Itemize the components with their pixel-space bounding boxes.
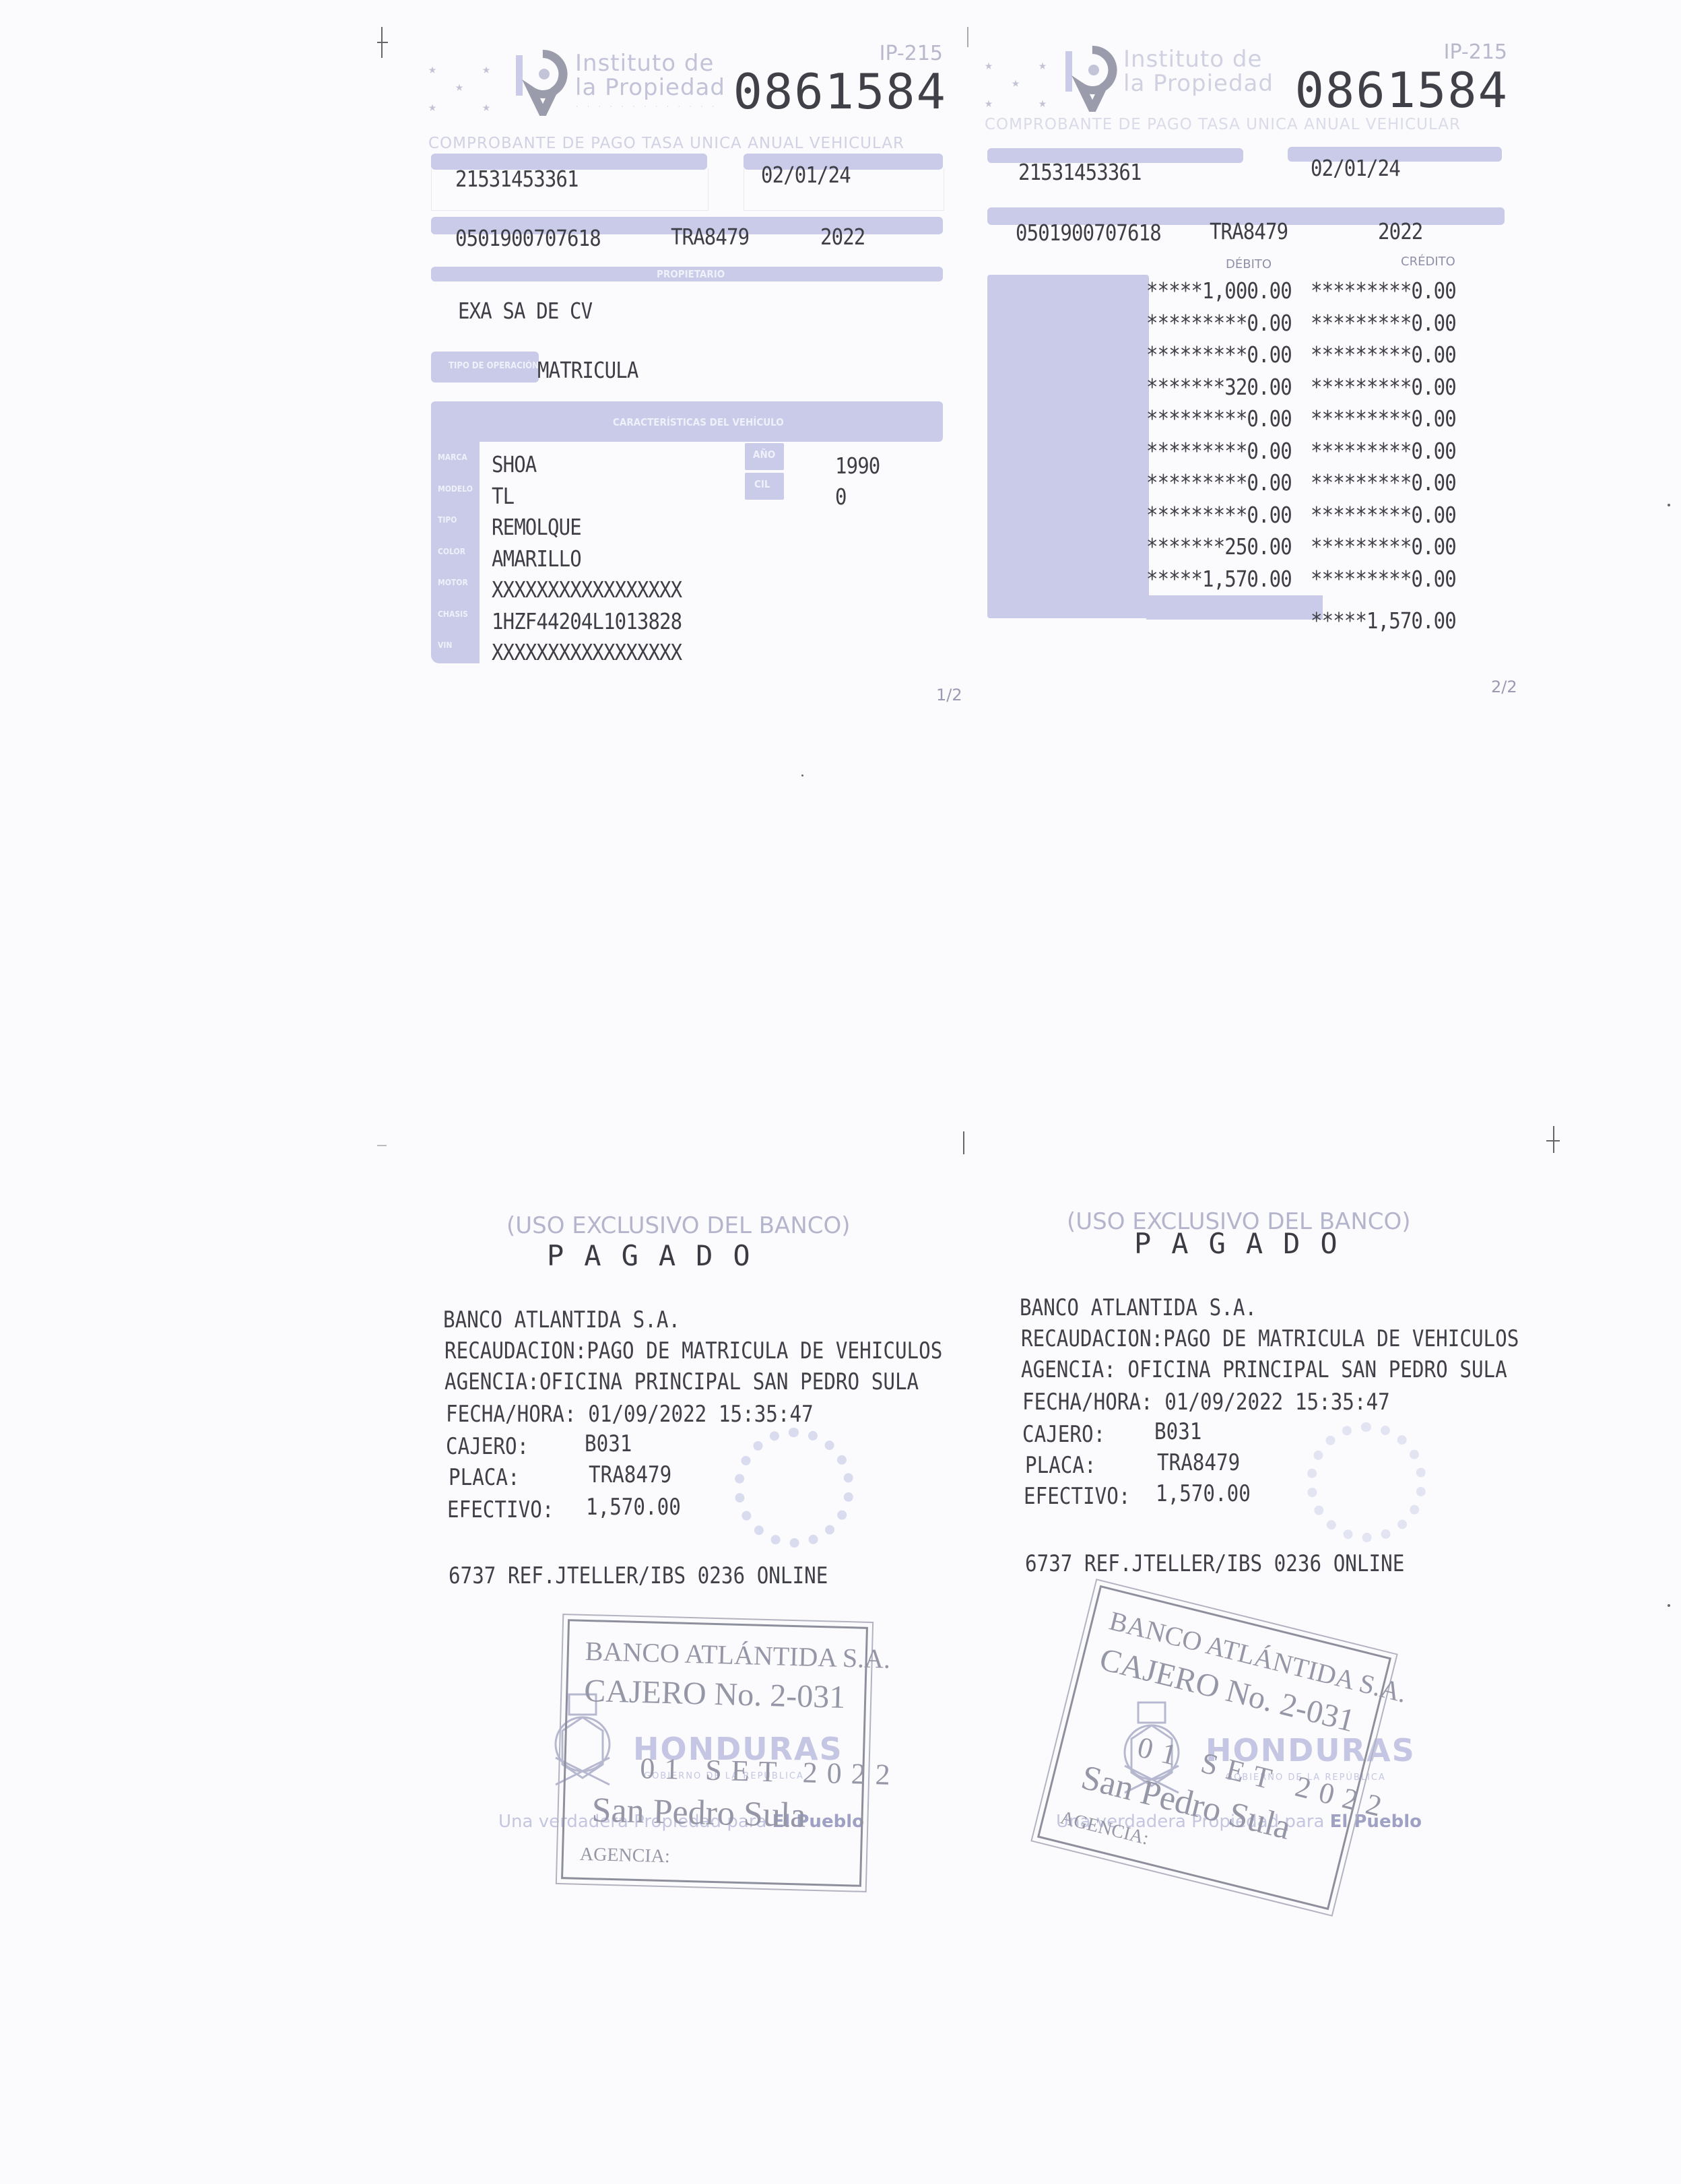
owner-name: EXA SA DE CV xyxy=(458,298,592,324)
folio-number: 0861584 xyxy=(733,63,947,120)
institute-logo-icon xyxy=(1065,44,1119,112)
recaudacion: RECAUDACION:PAGO DE MATRICULA DE VEHICUL… xyxy=(1021,1325,1519,1352)
vehicle-label-modelo: MODELO xyxy=(438,484,473,494)
ledger-credit: *********0.00 xyxy=(1311,502,1456,528)
recaudacion: RECAUDACION:PAGO DE MATRICULA DE VEHICUL… xyxy=(444,1337,942,1364)
ledger-debit: *********0.00 xyxy=(1146,502,1292,528)
cil-label-bar: CIL xyxy=(745,473,784,500)
ledger-credit: *********0.00 xyxy=(1311,469,1456,496)
paid-status: PAGADO xyxy=(547,1239,770,1272)
cajero-value: B031 xyxy=(585,1430,632,1457)
operation-label: TIPO DE OPERACIÓN xyxy=(449,361,539,371)
placa-label: PLACA: xyxy=(449,1464,520,1491)
vehicle-value-vin: XXXXXXXXXXXXXXXXX xyxy=(492,639,682,665)
ledger-credit: *********0.00 xyxy=(1311,341,1456,368)
plate: TRA8479 xyxy=(1210,218,1288,244)
crop-mark xyxy=(1546,1140,1560,1141)
vehicle-value-marca: SHOA xyxy=(492,451,536,477)
ledger-debit: *****1,570.00 xyxy=(1146,566,1292,592)
speck xyxy=(1668,1604,1670,1607)
ledger-credit: *********0.00 xyxy=(1311,533,1456,560)
reference: 6737 REF.JTELLER/IBS 0236 ONLINE xyxy=(449,1562,828,1589)
ledger-credit: *********0.00 xyxy=(1311,438,1456,464)
form-code: IP-215 xyxy=(1444,40,1507,64)
cil-label: CIL xyxy=(754,478,770,490)
vehicle-year: 1990 xyxy=(835,453,880,479)
efectivo-label: EFECTIVO: xyxy=(1024,1483,1130,1510)
form-code: IP-215 xyxy=(880,42,943,65)
ledger-label-column xyxy=(987,275,1149,618)
ledger-credit: *********0.00 xyxy=(1311,566,1456,592)
fecha-hora: FECHA/HORA: 01/09/2022 15:35:47 xyxy=(446,1401,814,1428)
crop-mark xyxy=(963,1131,964,1154)
vehicle-label-color: COLOR xyxy=(438,547,465,556)
agencia: AGENCIA: OFICINA PRINCIPAL SAN PEDRO SUL… xyxy=(1021,1356,1507,1383)
teller-stamp: BANCO ATLÁNTIDA S.A. CAJERO No. 2-031 01… xyxy=(1037,1585,1391,1910)
owner-id: 0501900707618 xyxy=(1016,220,1161,246)
flag-stars-icon: ★★★ ★★ xyxy=(985,57,1059,117)
bank-validation-2: (USO EXCLUSIVO DEL BANCO) PAGADO BANCO A… xyxy=(1010,1200,1549,1941)
vehicle-value-color: AMARILLO xyxy=(492,545,581,572)
ledger-debit: *******320.00 xyxy=(1146,374,1292,400)
paid-status: PAGADO xyxy=(1134,1227,1358,1260)
cajero-label: CAJERO: xyxy=(446,1433,529,1460)
cajero-value: B031 xyxy=(1154,1418,1201,1445)
crop-mark xyxy=(967,27,968,47)
crop-mark xyxy=(377,42,388,43)
page-number: 2/2 xyxy=(1491,677,1517,696)
year-label: AÑO xyxy=(753,449,775,461)
vehicle-value-motor: XXXXXXXXXXXXXXXXX xyxy=(492,576,682,603)
institute-subtitle: · · · · · · · · · · · · · xyxy=(575,104,717,110)
bank-use-only: (USO EXCLUSIVO DEL BANCO) xyxy=(506,1212,851,1239)
placa-label: PLACA: xyxy=(1025,1452,1096,1479)
vehicle-value-tipo: REMOLQUE xyxy=(492,514,581,540)
teller-stamp: BANCO ATLÁNTIDA S.A. CAJERO No. 2-031 01… xyxy=(561,1619,868,1887)
vehicle-label-marca: MARCA xyxy=(438,453,467,462)
owner-bar: PROPIETARIO xyxy=(431,267,943,282)
year-label-bar: AÑO xyxy=(745,443,784,470)
bank-name: BANCO ATLANTIDA S.A. xyxy=(443,1306,680,1333)
crop-mark xyxy=(1553,1126,1554,1153)
watermark-ring xyxy=(1307,1422,1426,1542)
placa-value: TRA8479 xyxy=(589,1461,671,1488)
ledger-total: *****1,570.00 xyxy=(1311,607,1456,634)
receipt-date: 02/01/24 xyxy=(761,162,851,188)
receipt-page-1: ★★★ ★★ Instituto de la Propiedad · · · ·… xyxy=(428,34,947,680)
form-title: COMPROBANTE DE PAGO TASA UNICA ANUAL VEH… xyxy=(428,135,947,152)
debit-header: DÉBITO xyxy=(1226,257,1272,271)
ledger-debit: *******250.00 xyxy=(1146,533,1292,560)
cajero-label: CAJERO: xyxy=(1022,1421,1105,1448)
receipt-number: 21531453361 xyxy=(1018,159,1142,185)
fiscal-year: 2022 xyxy=(820,224,865,250)
ledger-credit: *********0.00 xyxy=(1311,310,1456,336)
efectivo-value: 1,570.00 xyxy=(586,1494,681,1521)
vehicle-cil: 0 xyxy=(835,484,847,510)
ledger-debit: *********0.00 xyxy=(1146,469,1292,496)
ledger-credit: *********0.00 xyxy=(1311,374,1456,400)
form-title: COMPROBANTE DE PAGO TASA UNICA ANUAL VEH… xyxy=(985,116,1503,133)
page-number: 1/2 xyxy=(936,686,962,704)
plate: TRA8479 xyxy=(671,224,749,250)
receipt-date: 02/01/24 xyxy=(1311,155,1400,181)
vehicle-value-modelo: TL xyxy=(492,483,514,509)
institute-name: Instituto de la Propiedad xyxy=(575,51,725,100)
ledger-credit: *********0.00 xyxy=(1311,277,1456,304)
placa-value: TRA8479 xyxy=(1157,1449,1240,1476)
bank-validation-1: (USO EXCLUSIVO DEL BANCO) PAGADO BANCO A… xyxy=(431,1205,970,1946)
ledger-credit: *********0.00 xyxy=(1311,405,1456,432)
vehicle-label-chasis: CHASIS xyxy=(438,609,468,619)
agencia: AGENCIA:OFICINA PRINCIPAL SAN PEDRO SULA xyxy=(444,1368,919,1395)
vehicle-section-label: CARACTERÍSTICAS DEL VEHÍCULO xyxy=(613,416,784,428)
crop-mark xyxy=(377,1145,387,1146)
operation-value: MATRICULA xyxy=(537,357,638,383)
institute-name: Instituto de la Propiedad xyxy=(1123,47,1274,96)
reference: 6737 REF.JTELLER/IBS 0236 ONLINE xyxy=(1025,1550,1404,1577)
vehicle-value-chasis: 1HZF44204L1013828 xyxy=(492,608,682,634)
speck xyxy=(801,774,803,776)
speck xyxy=(1668,504,1670,506)
watermark-ring xyxy=(734,1428,854,1548)
efectivo-value: 1,570.00 xyxy=(1156,1480,1251,1507)
fecha-hora: FECHA/HORA: 01/09/2022 15:35:47 xyxy=(1022,1389,1390,1416)
vehicle-label-tipo: TIPO xyxy=(438,515,457,525)
bank-name: BANCO ATLANTIDA S.A. xyxy=(1020,1294,1257,1321)
owner-id: 0501900707618 xyxy=(455,225,601,251)
vehicle-label-motor: MOTOR xyxy=(438,578,468,587)
ledger-debit: *********0.00 xyxy=(1146,438,1292,464)
owner-label: PROPIETARIO xyxy=(657,268,725,280)
folio-number: 0861584 xyxy=(1295,62,1509,119)
ledger-debit: *****1,000.00 xyxy=(1146,277,1292,304)
receipt-page-2: ★★★ ★★ Instituto de la Propiedad IP-215 … xyxy=(985,30,1503,676)
operation-bar: TIPO DE OPERACIÓN xyxy=(431,352,539,383)
receipt-number: 21531453361 xyxy=(455,166,579,192)
credit-header: CRÉDITO xyxy=(1401,255,1455,269)
fiscal-year: 2022 xyxy=(1378,218,1422,244)
ledger-debit: *********0.00 xyxy=(1146,310,1292,336)
flag-stars-icon: ★★★ ★★ xyxy=(428,61,502,121)
efectivo-label: EFECTIVO: xyxy=(447,1496,554,1523)
vehicle-bar: CARACTERÍSTICAS DEL VEHÍCULO xyxy=(431,401,943,442)
ledger-total-bar xyxy=(1146,595,1323,620)
ledger-debit: *********0.00 xyxy=(1146,405,1292,432)
ledger-debit: *********0.00 xyxy=(1146,341,1292,368)
vehicle-label-vin: VIN xyxy=(438,640,452,650)
institute-logo-icon xyxy=(516,48,570,116)
